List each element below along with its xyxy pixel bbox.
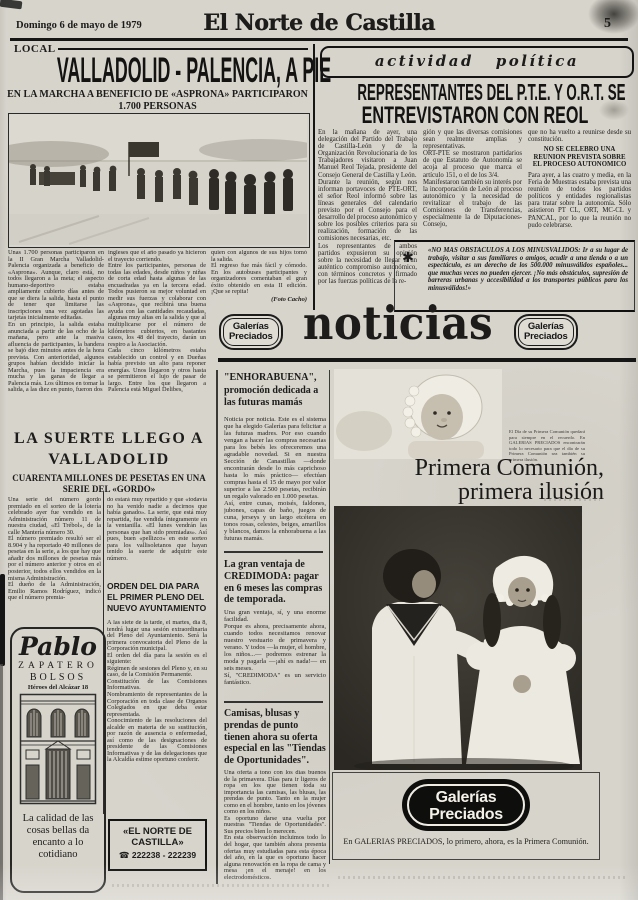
local-subhead-1: EN LA MARCHA A BENEFICIO DE «ASPRONA» PA… <box>5 89 310 100</box>
galerias-logo-line2: Preciados <box>524 332 568 342</box>
page-number: 5 <box>604 16 611 32</box>
galerias-logo-left: Galerías Preciados <box>219 314 283 350</box>
article-rule-1 <box>224 551 323 553</box>
galerias-logo-right: Galerías Preciados <box>514 314 578 350</box>
article-enhorabuena-title: "ENHORABUENA", promoción dedicada a las … <box>224 372 326 410</box>
politics-headline-1: REPRESENTANTES DEL P.T.E. Y O.R.T. SE <box>316 79 634 105</box>
article-camisas-title: Camisas, blusas y prendas de punto tiene… <box>224 708 326 767</box>
politics-col2: gión y que las diversas comisiones sean … <box>423 129 522 239</box>
noticias-title: noticias <box>292 299 504 349</box>
phone-icon: ☎ <box>119 850 130 860</box>
galerias-bottom-box: Galerías Preciados En GALERIAS PRECIADOS… <box>332 772 600 860</box>
article-credimoda-body: Una gran ventaja, sí, y una enorme facil… <box>224 609 326 696</box>
local-article-col2: ingleses que el año pasado ya hicieron e… <box>108 250 206 416</box>
politics-section-label: actividad política <box>375 52 579 70</box>
pablo-ad-address: Héroes del Alcázar 18 <box>12 684 104 691</box>
politics-headline-2: ENTREVISTARON CON REOL <box>316 103 634 129</box>
footer-noise-left <box>112 884 330 887</box>
pablo-ad-slogan: La calidad de las cosas bellas da encant… <box>17 813 99 861</box>
politics-section-box: actividad política <box>320 46 634 78</box>
issue-date: Domingo 6 de mayo de 1979 <box>16 20 142 31</box>
scan-mark-top-left <box>0 0 22 9</box>
local-headline: VALLADOLID - PALENCIA, A PIE <box>5 51 310 89</box>
comunion-headline-2: primera ilusión <box>334 480 604 504</box>
orden-body: A las siete de la tarde, el martes, día … <box>107 620 207 808</box>
star-icon: ✱ <box>402 250 414 267</box>
orden-title: ORDEN DEL DIA PARA EL PRIMER PLENO DEL N… <box>107 581 207 614</box>
comunion-photo <box>334 506 582 770</box>
baby-photo-illustration <box>334 369 502 459</box>
comunion-headline-1: Primera Comunión, <box>334 456 604 480</box>
galerias-logo-line2: Preciados <box>409 806 523 823</box>
galerias-bottom-caption: En GALERIAS PRECIADOS, lo primero, ahora… <box>333 837 599 846</box>
scan-mark-left-edge-2 <box>0 664 3 900</box>
scan-smudge-top-right <box>588 0 638 34</box>
article-enhorabuena-body: Noticia por noticia. Este es el sistema … <box>224 416 326 544</box>
pablo-ad-trade: ZAPATERO <box>12 661 104 671</box>
footer-noise-right <box>338 876 628 879</box>
local-article-col1: Unas 1.700 personas participaron en la I… <box>8 250 104 416</box>
politics-col3-subhead: NO SE CELEBRO UNA REUNION PREVISTA SOBRE… <box>532 146 627 169</box>
politics-col3-body: Para ayer, a las cuatro y media, en la F… <box>528 172 631 229</box>
galerias-logo-line1: Galerías <box>409 789 523 806</box>
comunion-photo-illustration <box>334 506 582 770</box>
suerte-subhead: CUARENTA MILLONES DE PESETAS EN UNA SERI… <box>3 473 215 494</box>
suerte-col2: do estará muy repartido y que «todavía n… <box>107 497 207 579</box>
local-dash-rule <box>58 48 308 50</box>
galerias-logo-large: Galerías Preciados <box>402 779 530 831</box>
header-rule <box>10 38 628 41</box>
storefront-illustration <box>19 693 97 805</box>
galerias-logo-line2: Preciados <box>229 332 273 342</box>
masthead: El Norte de Castilla <box>169 10 469 36</box>
noticias-thick-rule <box>218 358 636 362</box>
local-subhead-2: 1.700 PERSONAS <box>5 101 310 112</box>
newspaper-page: Domingo 6 de mayo de 1979 El Norte de Ca… <box>0 0 638 900</box>
politics-col3-intro: que no ha vuelto a reunirse desde su con… <box>528 129 631 143</box>
pablo-ad-trade2: BOLSOS <box>12 672 104 683</box>
suerte-headline: LA SUERTE LLEGO A VALLADOLID <box>3 428 215 470</box>
suerte-col1: Una serie del número gordo premiado en e… <box>8 497 101 623</box>
march-photo <box>8 113 310 248</box>
pablo-ad-name: Pablo <box>12 633 104 660</box>
norte-phone-box: «EL NORTE DE CASTILLA» ☎ 222238 - 222239 <box>108 819 207 871</box>
politics-col3: que no ha vuelto a reunirse desde su con… <box>528 129 631 241</box>
baby-photo <box>334 369 502 459</box>
main-column-divider <box>313 44 315 310</box>
article-camisas-body: Una oferta a tono con los días buenos de… <box>224 770 326 884</box>
noticias-mid-divider <box>329 370 330 864</box>
norte-phone-title: «EL NORTE DE CASTILLA» <box>110 826 205 848</box>
norte-phone-numbers: 222238 - 222239 <box>132 850 196 860</box>
article-credimoda-title: La gran ventaja de CREDIMODA: pagar en 6… <box>224 559 326 606</box>
article-rule-2 <box>224 701 323 703</box>
march-photo-illustration <box>9 114 307 245</box>
noticias-left-divider <box>216 370 218 884</box>
scan-mark-left-edge <box>0 574 5 666</box>
pablo-ad: Pablo ZAPATERO BOLSOS Héroes del Alcázar… <box>10 627 106 893</box>
